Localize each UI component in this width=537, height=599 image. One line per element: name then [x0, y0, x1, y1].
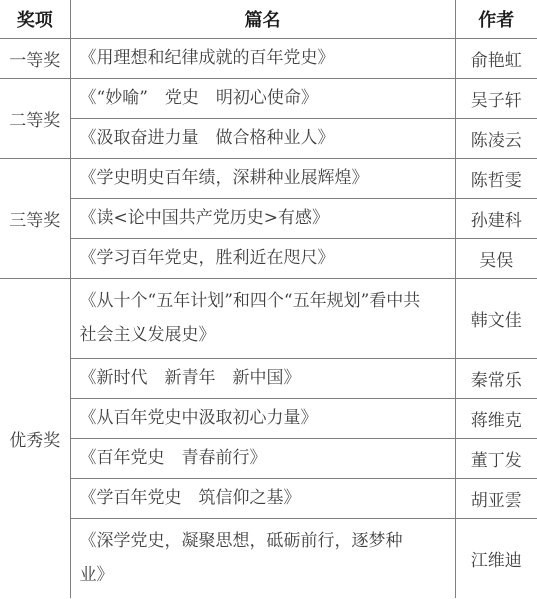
author-cell: 韩文佳	[455, 278, 537, 358]
award-cell: 一等奖	[0, 38, 70, 78]
table-row: 三等奖《学史明史百年绩，深耕种业展辉煌》陈哲雯	[0, 158, 537, 198]
author-cell: 秦常乐	[455, 358, 537, 398]
title-cell: 《学习百年党史，胜利近在咫尺》	[70, 238, 455, 278]
title-cell: 《百年党史 青春前行》	[70, 438, 455, 478]
header-author: 作者	[455, 0, 537, 38]
header-award: 奖项	[0, 0, 70, 38]
table-row: 二等奖《“妙喻” 党史 明初心使命》吴子轩	[0, 78, 537, 118]
author-cell: 胡亚雲	[455, 478, 537, 518]
table-row: 优秀奖《从十个“五年计划”和四个“五年规划”看中共社会主义发展史》韩文佳	[0, 278, 537, 358]
header-row: 奖项 篇名 作者	[0, 0, 537, 38]
title-cell: 《“妙喻” 党史 明初心使命》	[70, 78, 455, 118]
title-cell: 《从百年党史中汲取初心力量》	[70, 398, 455, 438]
title-cell: 《学百年党史 筑信仰之基》	[70, 478, 455, 518]
award-cell: 三等奖	[0, 158, 70, 278]
author-cell: 陈凌云	[455, 118, 537, 158]
table-row: 《深学党史，凝聚思想，砥砺前行，逐梦种业》江维迪	[0, 518, 537, 598]
author-cell: 董丁发	[455, 438, 537, 478]
table-row: 《读<论中国共产党历史>有感》孙建科	[0, 198, 537, 238]
header-title: 篇名	[70, 0, 455, 38]
table-row: 《汲取奋进力量 做合格种业人》陈凌云	[0, 118, 537, 158]
table-row: 《学习百年党史，胜利近在咫尺》吴俣	[0, 238, 537, 278]
title-cell: 《读<论中国共产党历史>有感》	[70, 198, 455, 238]
title-cell: 《从十个“五年计划”和四个“五年规划”看中共社会主义发展史》	[70, 278, 455, 358]
table-header: 奖项 篇名 作者	[0, 0, 537, 38]
author-cell: 孙建科	[455, 198, 537, 238]
author-cell: 吴俣	[455, 238, 537, 278]
awards-table: 奖项 篇名 作者 一等奖《用理想和纪律成就的百年党史》俞艳虹二等奖《“妙喻” 党…	[0, 0, 537, 598]
author-cell: 俞艳虹	[455, 38, 537, 78]
title-cell: 《学史明史百年绩，深耕种业展辉煌》	[70, 158, 455, 198]
table-row: 《新时代 新青年 新中国》秦常乐	[0, 358, 537, 398]
title-cell: 《汲取奋进力量 做合格种业人》	[70, 118, 455, 158]
table-row: 《从百年党史中汲取初心力量》蒋维克	[0, 398, 537, 438]
title-cell: 《深学党史，凝聚思想，砥砺前行，逐梦种业》	[70, 518, 455, 598]
award-cell: 优秀奖	[0, 278, 70, 598]
award-cell: 二等奖	[0, 78, 70, 158]
table-row: 《学百年党史 筑信仰之基》胡亚雲	[0, 478, 537, 518]
table-body: 一等奖《用理想和纪律成就的百年党史》俞艳虹二等奖《“妙喻” 党史 明初心使命》吴…	[0, 38, 537, 598]
author-cell: 江维迪	[455, 518, 537, 598]
table-row: 一等奖《用理想和纪律成就的百年党史》俞艳虹	[0, 38, 537, 78]
title-cell: 《新时代 新青年 新中国》	[70, 358, 455, 398]
author-cell: 陈哲雯	[455, 158, 537, 198]
author-cell: 蒋维克	[455, 398, 537, 438]
author-cell: 吴子轩	[455, 78, 537, 118]
table-row: 《百年党史 青春前行》董丁发	[0, 438, 537, 478]
title-cell: 《用理想和纪律成就的百年党史》	[70, 38, 455, 78]
